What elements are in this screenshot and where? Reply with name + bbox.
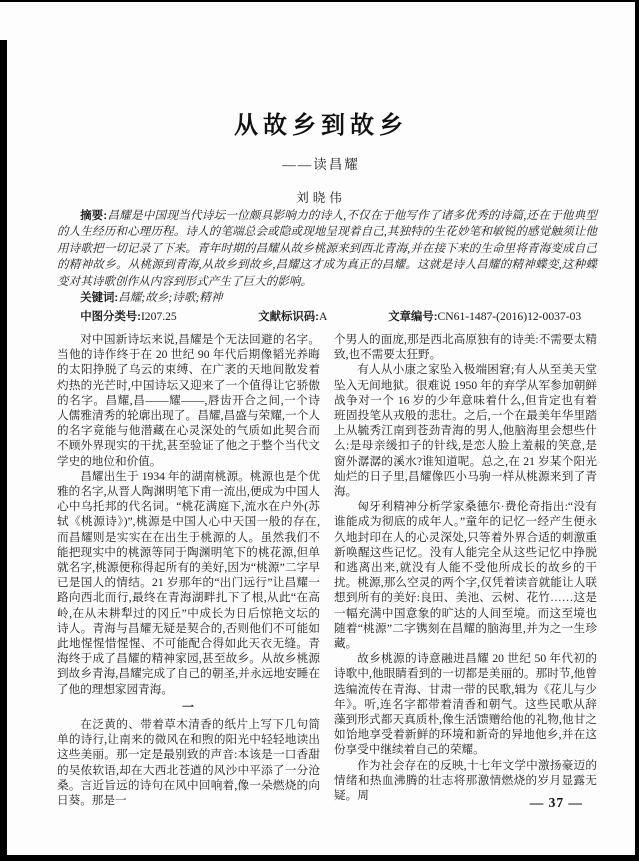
article-id-label: 文章编号: <box>388 311 437 323</box>
abstract-text: 昌耀是中国现当代诗坛一位颇具影响力的诗人,不仅在于他写作了诸多优秀的诗篇,还在于… <box>57 209 597 288</box>
keywords: 关键词:昌耀;故乡;诗歌;精神 <box>57 290 597 306</box>
abstract-label: 摘要: <box>80 210 107 222</box>
article-meta-block: 摘要:昌耀是中国现当代诗坛一位颇具影响力的诗人,不仅在于他写作了诸多优秀的诗篇,… <box>57 208 597 326</box>
paragraph: 匈牙利精神分析学家桑德尔·费伦奇指出:“没有谁能成为彻底的成年人。”童年的记忆一… <box>334 499 597 651</box>
paragraph: 有人从小康之家坠入极端困窘;有人从至美天堂坠入无间地狱。很难说 1950 年的弃… <box>334 362 597 499</box>
clc-label: 中图分类号: <box>80 311 141 323</box>
article-id-value: CN61-1487-(2016)12-0037-03 <box>438 310 582 323</box>
scan-edge-notch <box>0 2 7 40</box>
page-number: — 37 — <box>530 795 583 811</box>
article-body: 对中国新诗坛来说,昌耀是个无法回避的名字。当他的诗作终于在 20 世纪 90 年… <box>57 332 597 808</box>
document-code-label: 文献标识码: <box>258 311 319 323</box>
clc-number: 中图分类号:I207.25 <box>80 309 258 325</box>
article-id: 文章编号:CN61-1487-(2016)12-0037-03 <box>388 309 597 325</box>
classification-row: 中图分类号:I207.25 文献标识码:A 文章编号:CN61-1487-(20… <box>57 309 597 325</box>
scanned-article-page: { "article": { "title": "从故乡到故乡", "subti… <box>0 0 639 861</box>
clc-value: I207.25 <box>141 310 177 323</box>
page-sheet: 从故乡到故乡 ——读昌耀 刘晓伟 摘要:昌耀是中国现当代诗坛一位颇具影响力的诗人… <box>7 2 635 855</box>
author-name: 刘晓伟 <box>7 188 635 206</box>
document-code: 文献标识码:A <box>258 309 388 325</box>
paragraph: 故乡桃源的诗意融进昌耀 20 世纪 50 年代初的诗歌中,他眼睛看到的一切都是美… <box>334 651 597 757</box>
page-title: 从故乡到故乡 <box>7 105 635 140</box>
section-number: 一 <box>57 700 320 715</box>
keywords-label: 关键词: <box>80 292 118 304</box>
paragraph: 昌耀出生于 1934 年的湖南桃源。桃源也是个优雅的名字,从晋人陶渊明笔下甫一流… <box>57 469 320 697</box>
document-code-value: A <box>319 310 327 323</box>
left-column: 对中国新诗坛来说,昌耀是个无法回避的名字。当他的诗作终于在 20 世纪 90 年… <box>57 332 320 808</box>
paragraph: 对中国新诗坛来说,昌耀是个无法回避的名字。当他的诗作终于在 20 世纪 90 年… <box>57 332 320 469</box>
right-column: 个男人的面庞,那是西北高原独有的诗美:不需要太精致,也不需要太狂野。 有人从小康… <box>334 332 597 808</box>
article-subtitle: ——读昌耀 <box>7 153 635 173</box>
abstract: 摘要:昌耀是中国现当代诗坛一位颇具影响力的诗人,不仅在于他写作了诸多优秀的诗篇,… <box>57 208 597 290</box>
paragraph: 在泛黄的、带着草木清香的纸片上写下几句简单的诗行,让南来的微风在和煦的阳光中轻轻… <box>57 717 320 808</box>
paragraph: 个男人的面庞,那是西北高原独有的诗美:不需要太精致,也不需要太狂野。 <box>334 332 597 362</box>
keywords-text: 昌耀;故乡;诗歌;精神 <box>118 291 222 304</box>
